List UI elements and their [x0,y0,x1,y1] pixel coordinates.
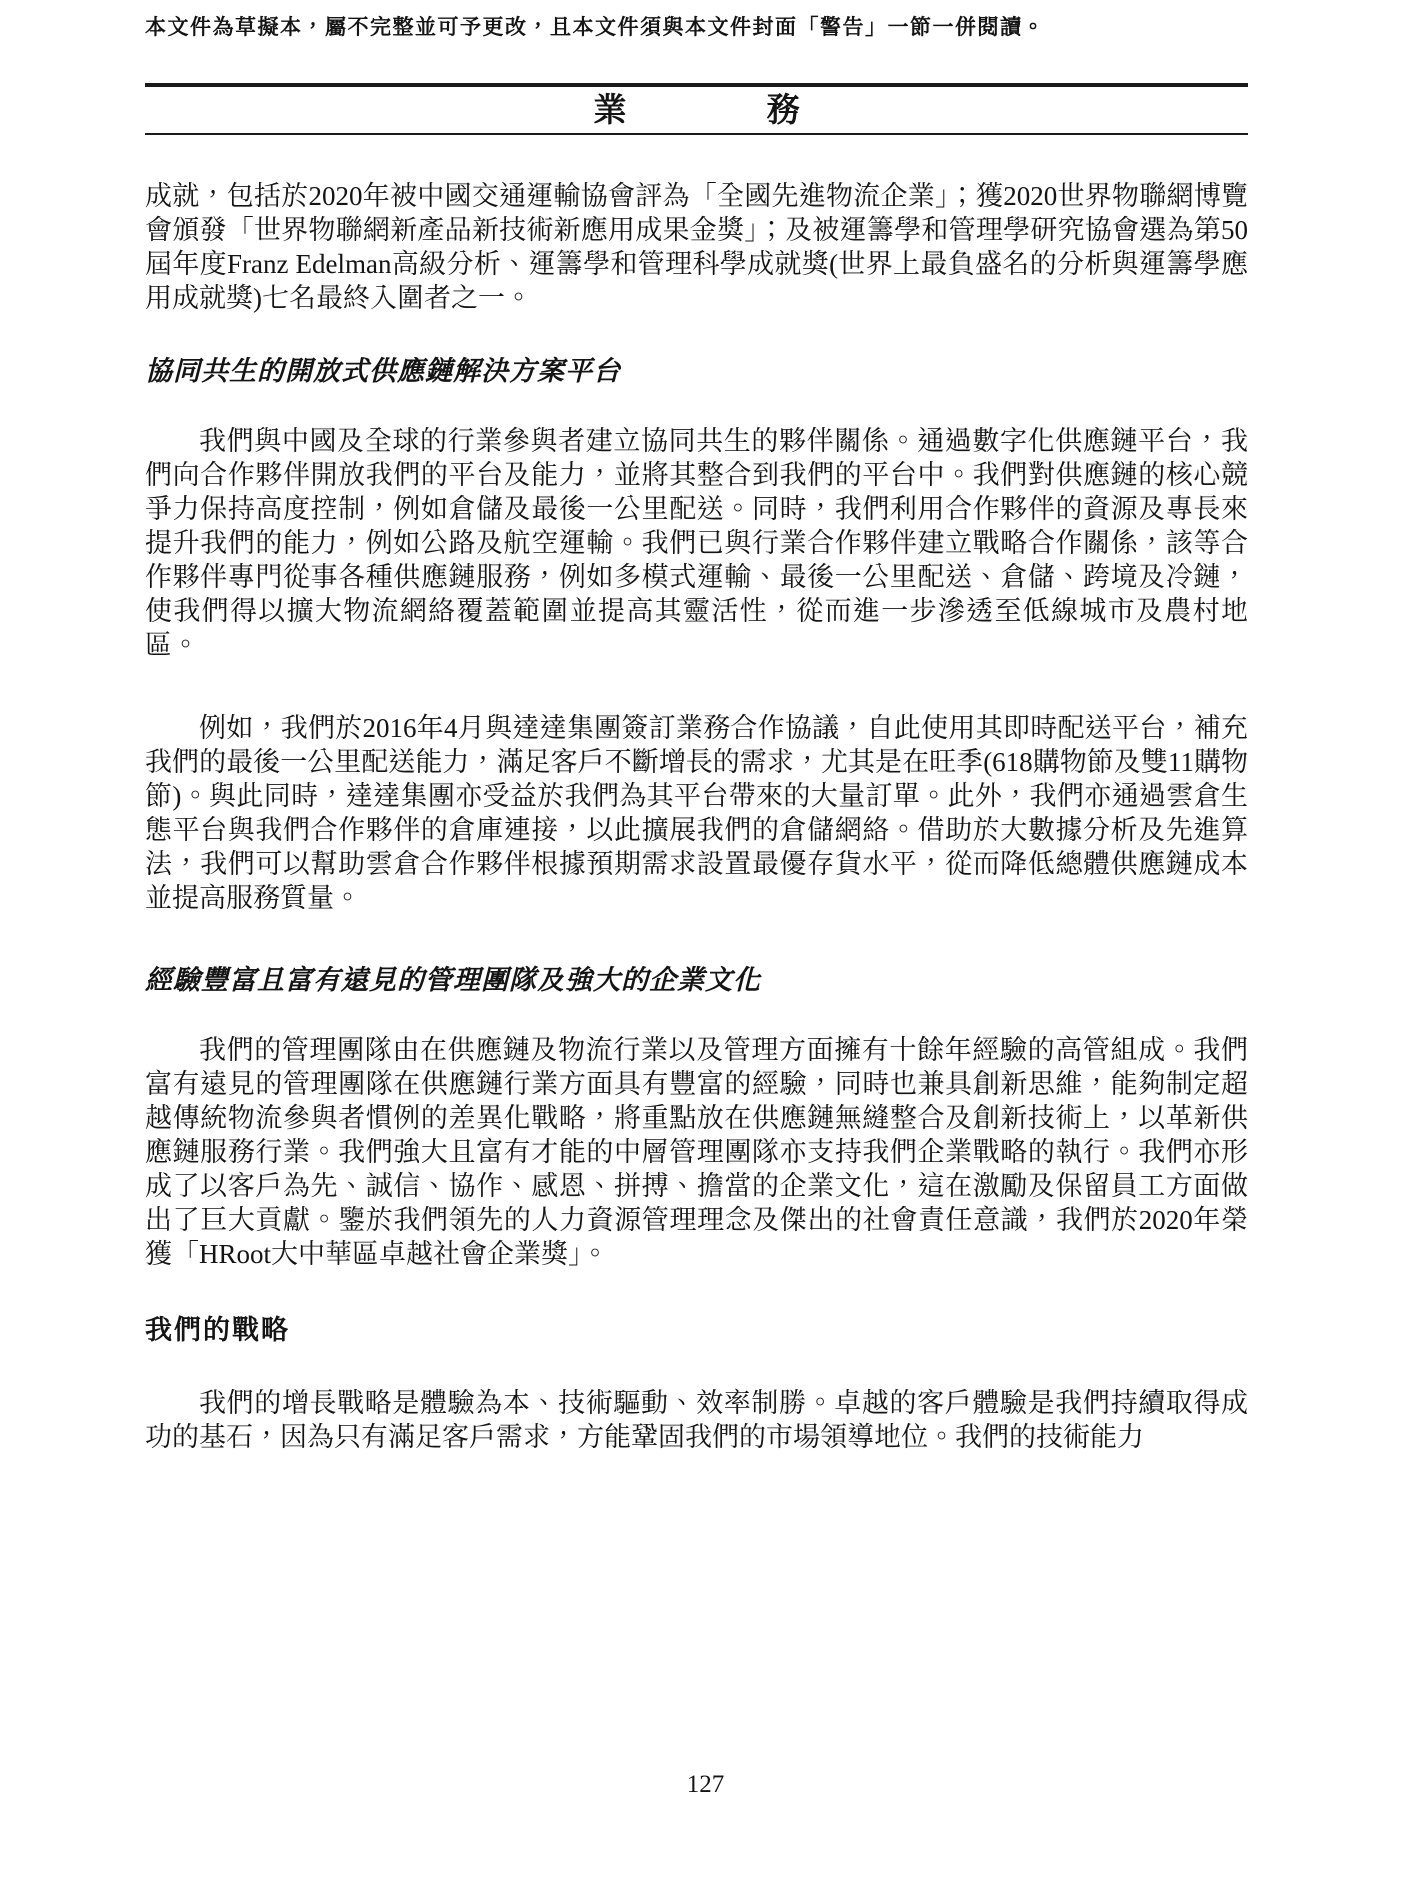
section-heading-our-strategy: 我們的戰略 [145,1313,1248,1347]
page-content: 本文件為草擬本，屬不完整並可予更改，且本文件須與本文件封面「警告」一節一併閱讀。… [145,0,1248,1454]
paragraph-awards-continuation: 成就，包括於2020年被中國交通運輸協會評為「全國先進物流企業」；獲2020世界… [145,179,1248,315]
paragraph-growth-strategy: 我們的增長戰略是體驗為本、技術驅動、效率制勝。卓越的客戶體驗是我們持續取得成功的… [145,1386,1248,1454]
draft-disclaimer-text: 本文件為草擬本，屬不完整並可予更改，且本文件須與本文件封面「警告」一節一併閱讀。 [145,13,1248,41]
prospectus-page: 本文件為草擬本，屬不完整並可予更改，且本文件須與本文件封面「警告」一節一併閱讀。… [0,0,1411,1881]
paragraph-partnership-ecosystem: 我們與中國及全球的行業參與者建立協同共生的夥伴關係。通過數字化供應鏈平台，我們向… [145,424,1248,662]
paragraph-management-team: 我們的管理團隊由在供應鏈及物流行業以及管理方面擁有十餘年經驗的高管組成。我們富有… [145,1033,1248,1271]
paragraph-dada-cooperation: 例如，我們於2016年4月與達達集團簽訂業務合作協議，自此使用其即時配送平台，補… [145,711,1248,915]
page-title-char-left: 業 [594,89,627,133]
page-title-char-right: 務 [767,89,800,133]
section-heading-open-supply-chain-platform: 協同共生的開放式供應鏈解決方案平台 [145,354,1248,388]
page-title: 業 務 [145,89,1248,133]
header-rule-top [145,83,1248,87]
page-number: 127 [0,1772,1411,1797]
section-heading-management-team-culture: 經驗豐富且富有遠見的管理團隊及強大的企業文化 [145,963,1248,997]
header-rule-bottom [145,133,1248,135]
